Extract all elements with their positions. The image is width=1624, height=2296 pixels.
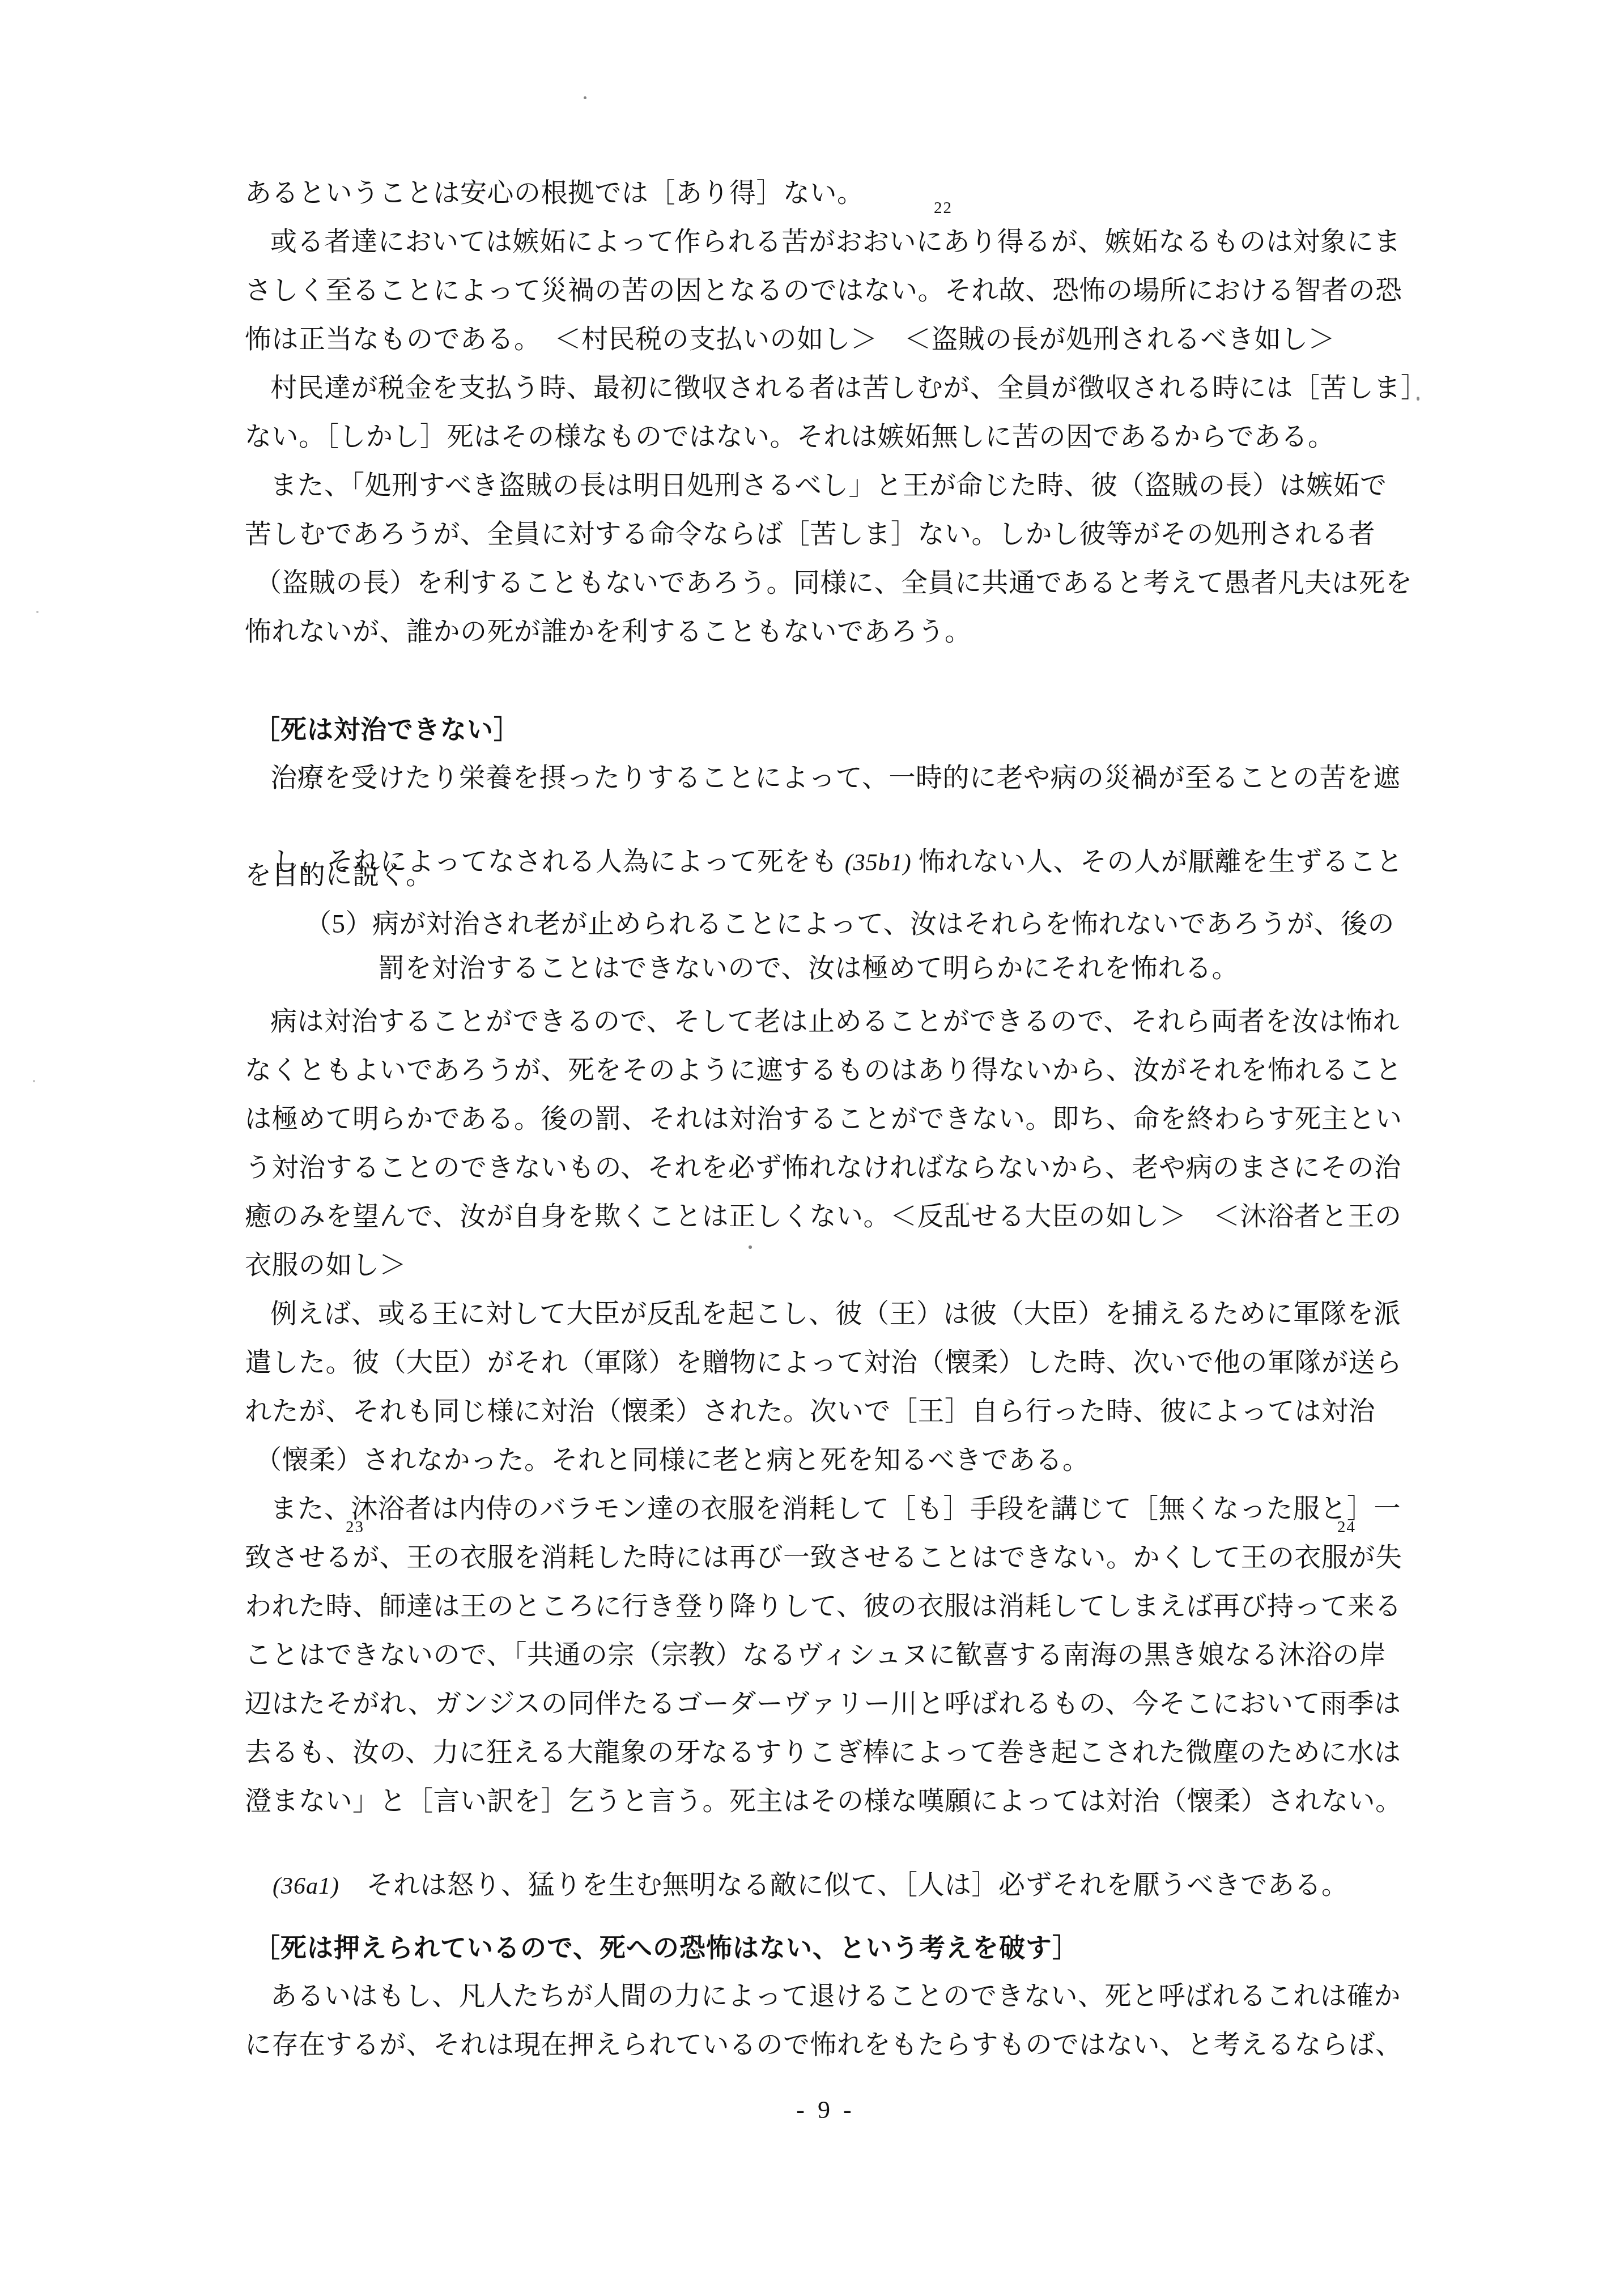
page-number: - 9 -	[769, 2095, 882, 2124]
text-line: 致させるが、王の衣服を消耗した時には再び一致させることはできない。かくして王の衣…	[245, 1540, 1402, 1575]
text-line: れたが、それも同じ様に対治（懐柔）された。次いで［王］自ら行った時、彼によっては…	[245, 1394, 1375, 1429]
text-line: 例えば、或る王に対して大臣が反乱を起こし、彼（王）は彼（大臣）を捕えるために軍隊…	[270, 1296, 1401, 1332]
verse-line: 罰を対治することはできないので、汝は極めて明らかにそれを怖れる。	[378, 951, 1239, 986]
footnote-ref-23: 23	[346, 1519, 364, 1536]
text-line: 澄まない」と［言い訳を］乞うと言う。死主はその様な嘆願によっては対治（懐柔）され…	[245, 1784, 1402, 1819]
text-line: また、「処刑すべき盗賊の長は明日処刑さるべし」と王が命じた時、彼（盗賊の長）は嫉…	[270, 468, 1387, 503]
text-line: また、沐浴者は内侍のバラモン達の衣服を消耗して［も］手段を講じて［無くなった服と…	[270, 1491, 1401, 1527]
scan-speck	[33, 1080, 35, 1082]
scan-speck	[1417, 397, 1419, 401]
text-line: ことはできないので、「共通の宗（宗教）なるヴィシュヌに歓喜する南海の黒き娘なる沐…	[245, 1638, 1386, 1673]
text-line: 怖れないが、誰かの死が誰かを利することもないであろう。	[245, 614, 972, 649]
text-line: ない。［しかし］死はその様なものではない。それは嫉妬無しに苦の因であるからである…	[245, 419, 1335, 454]
text-line: 村民達が税金を支払う時、最初に徴収される者は苦しむが、全員が徴収される時には［苦…	[270, 371, 1428, 406]
text-line: 去るも、汝の、力に狂える大龍象の牙なるすりこぎ棒によって巻き起こされた微塵のため…	[245, 1735, 1401, 1770]
text-segment: 怖れない人、その人が厭離を生ずること	[912, 847, 1403, 877]
text-line: し、それによってなされる人為によって死をも (35b1) 怖れない人、その人が厭…	[245, 809, 1403, 844]
text-line: 辺はたそがれ、ガンジスの同伴たるゴーダーヴァリー川と呼ばれるもの、今そこにおいて…	[245, 1686, 1401, 1721]
scan-speck	[749, 1245, 752, 1249]
scan-speck	[695, 1949, 698, 1952]
text-line: 苦しむであろうが、全員に対する命令ならば［苦しま］ない。しかし彼等がその処刑され…	[245, 517, 1375, 552]
document-page: あるということは安心の根拠では［あり得］ない。 22 或る者達においては嫉妬によ…	[0, 0, 1624, 2296]
text-line: 怖は正当なものである。 ＜村民税の支払いの如し＞ ＜盗賊の長が処刑されるべき如し…	[245, 322, 1335, 357]
text-line: 遣した。彼（大臣）がそれ（軍隊）を贈物によって対治（懐柔）した時、次いで他の軍隊…	[245, 1345, 1402, 1380]
verse-line: （5）病が対治され老が止められることによって、汝はそれらを怖れないであろうが、後…	[305, 907, 1395, 942]
text-line: 或る者達においては嫉妬によって作られる苦がおおいにあり得るが、嫉妬なるものは対象…	[270, 224, 1401, 260]
section-heading-refuting-no-fear-of-death: ［死は押えられているので、死への恐怖はない、という考えを破す］	[254, 1930, 1079, 1965]
text-line: (36a1) それは怒り、猛りを生む無明なる敵に似て、［人は］必ずそれを厭うべき…	[245, 1832, 1349, 1868]
text-line: 病は対治することができるので、そして老は止めることができるので、それら両者を汝は…	[270, 1004, 1400, 1039]
text-line: 癒のみを望んで、汝が自身を欺くことは正しくない。＜反乱せる大臣の如し＞ ＜沐浴者…	[245, 1199, 1402, 1234]
text-line: に存在するが、それは現在押えられているので怖れをもたらすものではない、と考えるな…	[245, 2027, 1402, 2063]
footnote-ref-22: 22	[934, 199, 953, 216]
folio-ref-36a1: (36a1)	[273, 1873, 339, 1899]
text-line: あるいはもし、凡人たちが人間の力によって退けることのできない、死と呼ばれるこれは…	[270, 1979, 1401, 2014]
text-line: あるということは安心の根拠では［あり得］ない。	[245, 176, 864, 211]
text-line: は極めて明らかである。後の罰、それは対治することができない。即ち、命を終わらす死…	[245, 1102, 1402, 1137]
text-segment: それは怒り、猛りを生む無明なる敵に似て、［人は］必ずそれを厭うべきである。	[339, 1870, 1349, 1900]
section-heading-death-cannot-be-countered: ［死は対治できない］	[254, 712, 520, 747]
footnote-ref-24: 24	[1337, 1519, 1356, 1536]
scan-speck	[966, 1202, 969, 1205]
text-line: 衣服の如し＞	[245, 1248, 406, 1283]
scan-speck	[36, 611, 39, 613]
folio-ref-35b1: (35b1)	[845, 850, 912, 876]
text-line: （盗賊の長）を利することもないであろう。同様に、全員に共通であると考えて愚者凡夫…	[255, 566, 1413, 601]
text-line: なくともよいであろうが、死をそのように遮するものはあり得ないから、汝がそれを怖れ…	[245, 1053, 1402, 1088]
text-line: を目的に説く。	[245, 858, 433, 893]
text-line: 治療を受けたり栄養を摂ったりすることによって、一時的に老や病の災禍が至ることの苦…	[270, 760, 1400, 796]
text-line: さしく至ることによって災禍の苦の因となるのではない。それ故、恐怖の場所における智…	[245, 273, 1402, 308]
text-line: う対治することのできないもの、それを必ず怖れなければならないから、老や病のまさに…	[245, 1150, 1401, 1185]
text-line: （懐柔）されなかった。それと同様に老と病と死を知るべきである。	[255, 1443, 1090, 1478]
scan-speck	[584, 96, 586, 99]
text-line: われた時、師達は王のところに行き登り降りして、彼の衣服は消耗してしまえば再び持っ…	[245, 1589, 1402, 1624]
